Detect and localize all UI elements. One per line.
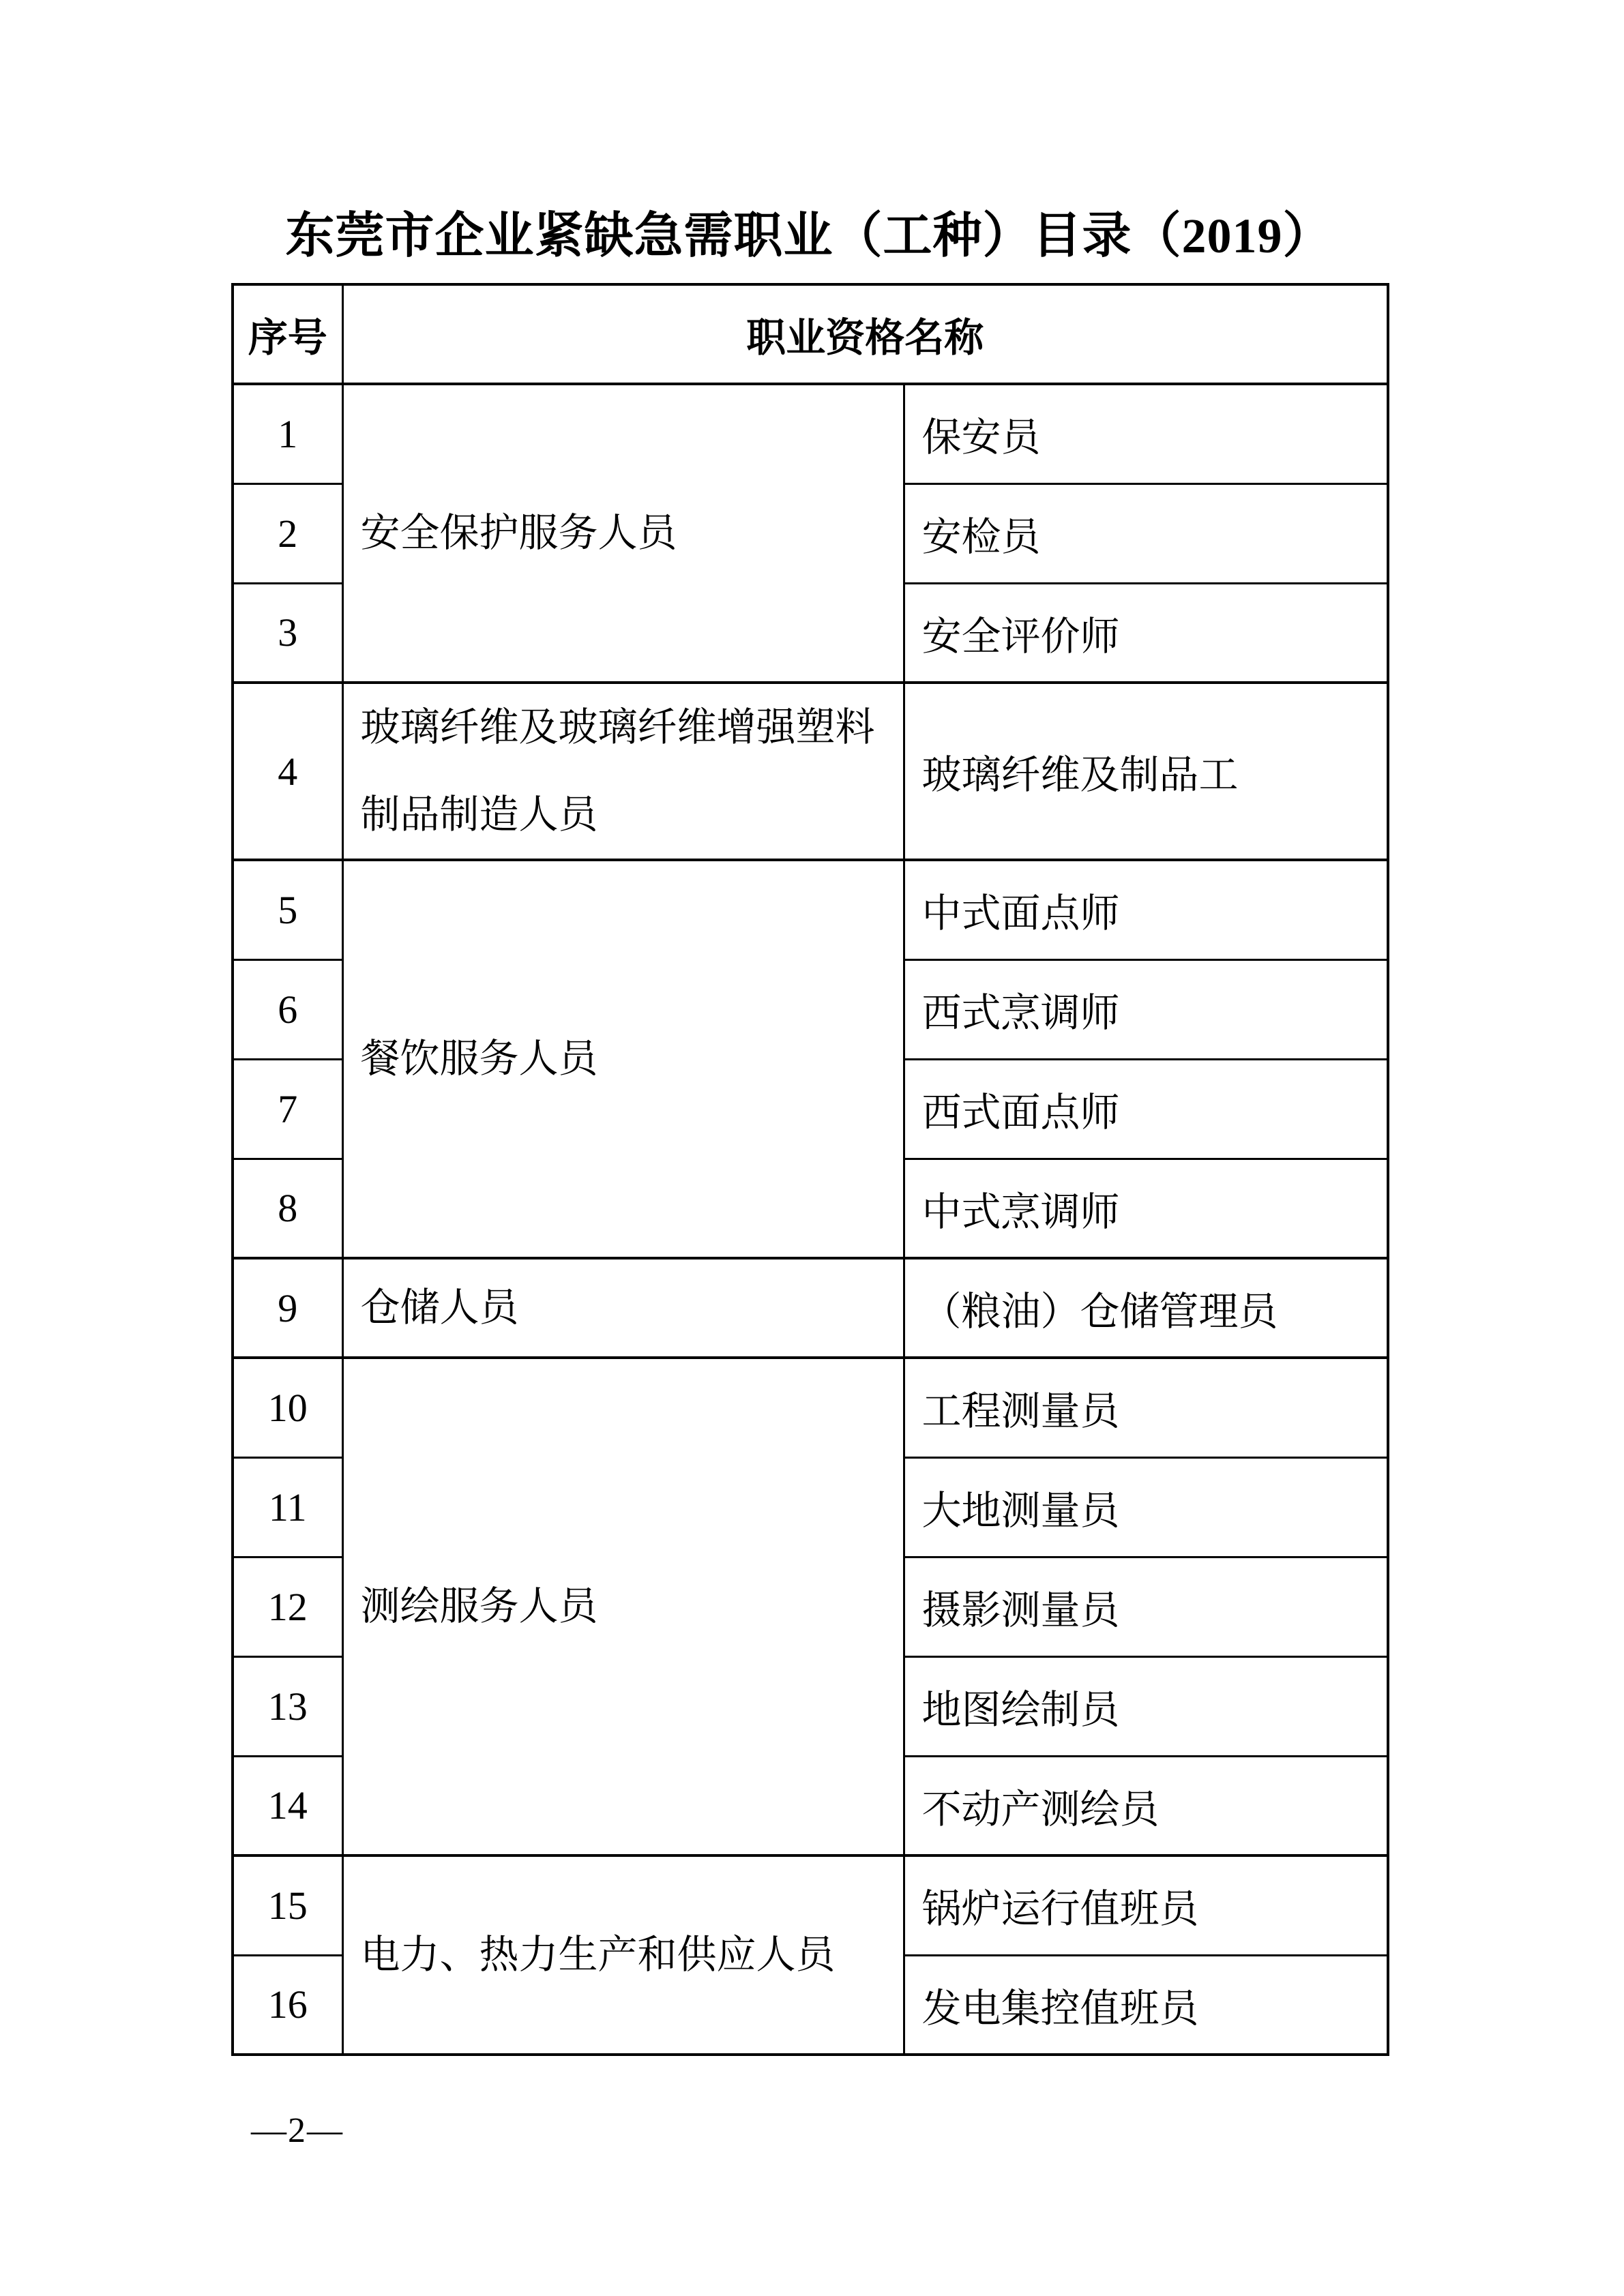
table-row: 10 测绘服务人员 工程测量员 [233, 1358, 1388, 1457]
table-row: 4 玻璃纤维及玻璃纤维增强塑料制品制造人员 玻璃纤维及制品工 [233, 683, 1388, 860]
job-cell: 保安员 [904, 384, 1388, 483]
page-number: —2— [251, 2111, 344, 2151]
table-row: 1 安全保护服务人员 保安员 [233, 384, 1388, 483]
row-index: 8 [233, 1159, 342, 1258]
row-index: 1 [233, 384, 342, 483]
category-cell: 测绘服务人员 [342, 1358, 904, 1855]
job-cell: 中式面点师 [904, 860, 1388, 959]
table-row: 9 仓储人员 （粮油）仓储管理员 [233, 1258, 1388, 1358]
category-cell: 电力、热力生产和供应人员 [342, 1855, 904, 2055]
row-index: 12 [233, 1557, 342, 1656]
category-cell: 玻璃纤维及玻璃纤维增强塑料制品制造人员 [342, 683, 904, 860]
job-cell: 不动产测绘员 [904, 1756, 1388, 1855]
row-index: 16 [233, 1955, 342, 2055]
occupation-catalog-table: 序号 职业资格名称 1 安全保护服务人员 保安员 2 安检员 3 安全评价师 4… [231, 283, 1389, 2056]
header-qualification: 职业资格名称 [342, 284, 1388, 384]
job-cell: 西式面点师 [904, 1059, 1388, 1159]
row-index: 6 [233, 959, 342, 1059]
job-cell: 中式烹调师 [904, 1159, 1388, 1258]
row-index: 14 [233, 1756, 342, 1855]
category-cell: 餐饮服务人员 [342, 860, 904, 1258]
row-index: 9 [233, 1258, 342, 1358]
row-index: 7 [233, 1059, 342, 1159]
job-cell: 地图绘制员 [904, 1656, 1388, 1756]
job-cell: 玻璃纤维及制品工 [904, 683, 1388, 860]
job-cell: 发电集控值班员 [904, 1955, 1388, 2055]
row-index: 10 [233, 1358, 342, 1457]
job-cell: 锅炉运行值班员 [904, 1855, 1388, 1955]
row-index: 15 [233, 1855, 342, 1955]
job-cell: （粮油）仓储管理员 [904, 1258, 1388, 1358]
table-row: 5 餐饮服务人员 中式面点师 [233, 860, 1388, 959]
job-cell: 摄影测量员 [904, 1557, 1388, 1656]
row-index: 2 [233, 483, 342, 583]
table-row: 15 电力、热力生产和供应人员 锅炉运行值班员 [233, 1855, 1388, 1955]
category-cell: 仓储人员 [342, 1258, 904, 1358]
job-cell: 工程测量员 [904, 1358, 1388, 1457]
category-cell: 安全保护服务人员 [342, 384, 904, 683]
row-index: 5 [233, 860, 342, 959]
job-cell: 大地测量员 [904, 1457, 1388, 1557]
job-cell: 安检员 [904, 483, 1388, 583]
header-index: 序号 [233, 284, 342, 384]
page-title: 东莞市企业紧缺急需职业（工种）目录（2019） [231, 209, 1387, 263]
row-index: 11 [233, 1457, 342, 1557]
row-index: 4 [233, 683, 342, 860]
row-index: 13 [233, 1656, 342, 1756]
row-index: 3 [233, 583, 342, 683]
job-cell: 西式烹调师 [904, 959, 1388, 1059]
table-header-row: 序号 职业资格名称 [233, 284, 1388, 384]
job-cell: 安全评价师 [904, 583, 1388, 683]
